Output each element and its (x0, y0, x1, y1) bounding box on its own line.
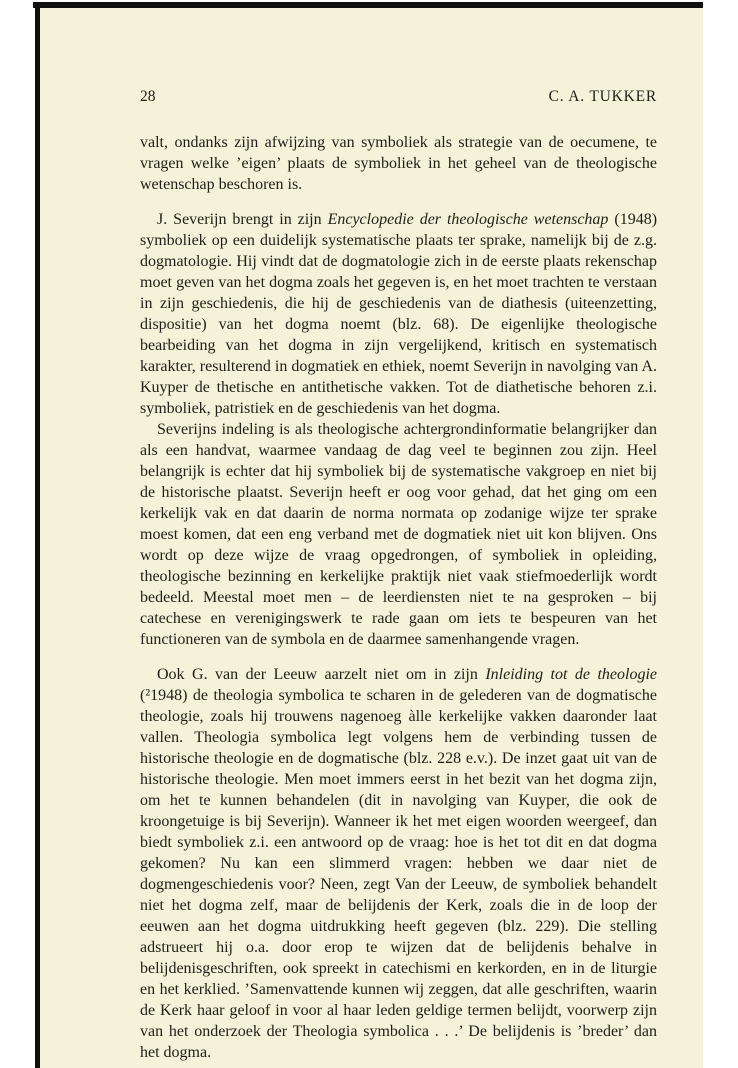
book-title-italic: Encyclopedie der theologische wetenschap (328, 211, 609, 228)
text-run: valt, ondanks zijn afwijzing van symboli… (140, 134, 657, 193)
text-run: (²1948) de theologia symbolica te schare… (140, 687, 657, 1061)
page-number: 28 (140, 88, 156, 106)
text-run: J. Severijn brengt in zijn (157, 211, 328, 228)
text-run: Ook G. van der Leeuw aarzelt niet om in … (157, 666, 485, 683)
book-title-italic: Inleiding tot de theologie (485, 666, 657, 683)
paragraph: J. Severijn brengt in zijn Encyclopedie … (140, 209, 657, 419)
text-run: (1948) symboliek op een duidelijk system… (140, 211, 657, 417)
scanned-page: 28 C. A. TUKKER valt, ondanks zijn afwij… (0, 0, 738, 1068)
book-page: 28 C. A. TUKKER valt, ondanks zijn afwij… (40, 8, 703, 1068)
text-run: Severijns indeling is als theologische a… (140, 421, 657, 648)
paragraph: Severijns indeling is als theologische a… (140, 419, 657, 650)
running-head-author: C. A. TUKKER (549, 88, 657, 106)
paragraph: Ook G. van der Leeuw aarzelt niet om in … (140, 664, 657, 1063)
page-header: 28 C. A. TUKKER (140, 88, 657, 106)
paragraph: valt, ondanks zijn afwijzing van symboli… (140, 132, 657, 195)
body-text: valt, ondanks zijn afwijzing van symboli… (140, 132, 657, 1063)
